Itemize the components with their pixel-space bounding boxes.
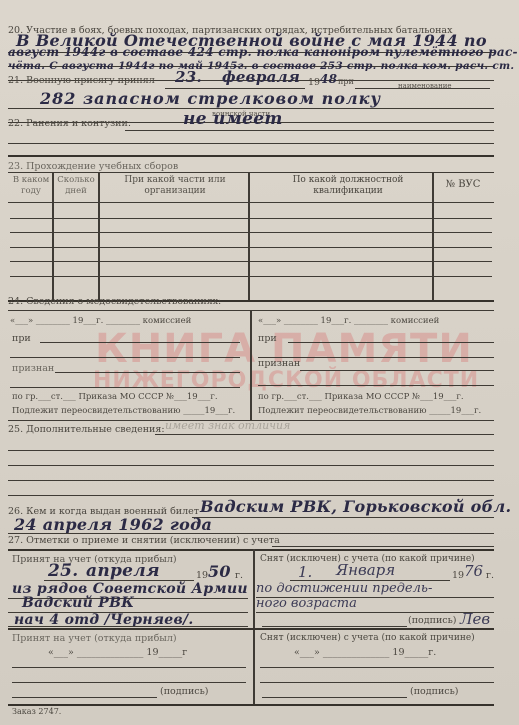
removed1-year-prefix: 19 [452,570,464,581]
military-id-issuer: Вадским РВК, Горьковской обл. [200,497,511,516]
underline [288,342,494,343]
removed2-label: Снят (исключен) с учета (по какой причин… [260,633,475,643]
med-right-date: «___» ________ 19___г. ________ комиссие… [258,316,439,326]
removed1-year-suffix: 76 [464,562,483,580]
accepted2-signature-caption: (подпись) [160,686,208,697]
removed1-reason-line1: по достижении предель- [256,581,432,596]
section23-label: 23. Прохождение учебных сборов [8,161,178,172]
accepted1-month: апреля [86,561,160,581]
underline [8,143,494,144]
oath-year-suffix: 48 [320,72,337,86]
section21-label: 21. Военную присягу принял [8,75,155,86]
underline [260,667,494,668]
med-left-at: при [12,333,31,344]
underline [40,342,240,343]
oath-in-label: при [338,77,354,86]
accepted1-year-prefix: 19 [196,570,208,581]
underline [260,682,494,683]
table-row [10,276,492,277]
underline [10,357,240,358]
underline [12,667,246,668]
col-header-vus: № ВУС [434,179,492,190]
underline [8,480,494,481]
table-row [10,247,492,248]
divider [8,704,494,706]
removed1-signature-caption: (подпись) [408,615,456,626]
col-header-days: Сколько дней [54,175,98,197]
med-right-reexam: Подлежит переосвидетельствованию _____19… [258,406,481,416]
underline [256,612,494,613]
additional-info-faint: имеет знак отличия [165,419,290,432]
removed1-month: Января [336,561,395,579]
table-row [10,232,492,233]
removed1-year-tail: г. [486,570,494,581]
accepted1-year-suffix: 50 [208,562,231,581]
underline [125,130,494,131]
table-row [10,218,492,219]
accepted1-day: 25. [48,561,78,581]
underline [272,546,494,547]
med-right-recognized: признан [258,358,300,369]
med-left-recognized: признан [12,363,54,374]
med-left-reexam: Подлежит переосвидетельствованию _____19… [12,406,235,416]
underline [8,465,494,466]
removed2-date-line: «___» ______________ 19_____г. [294,647,436,658]
col-header-unit: При какой части или организации [115,175,235,197]
section22-label: 22. Ранения и контузии: [8,118,131,129]
accepted2-date-line: «___» ______________ 19_____г [48,647,187,658]
removed1-reason-line2: ного возраста [256,596,357,611]
removed1-day: 1. [298,563,312,581]
table-row [10,261,492,262]
section25-label: 25. Дополнительные сведения: [8,424,165,435]
section20-line2: август 1944г в составе 424 стр. полка ка… [8,45,518,59]
divider [8,155,494,157]
section24-label: 24. Сведения о медосвидетельствованиях: [8,296,221,307]
accepted1-year-tail: г. [235,570,243,581]
wounds-value: не имеет [183,109,283,129]
underline [192,517,494,518]
underline [262,697,407,698]
col-header-year: В каком году [10,175,52,197]
med-left-order: по гр.___ст.___ Приказа МО СССР №___19__… [12,392,218,402]
removed1-signature: Лев [460,610,490,628]
divider [8,549,494,551]
col-header-qualification: По какой должностной квалификации [268,175,428,197]
divider [8,628,494,630]
oath-year-prefix: 19 [308,77,320,88]
oath-unit: 282 запасном стрелковом полку [40,89,381,108]
accepted1-from-line2: Вадский РВК [22,595,134,611]
col-divider [248,172,250,300]
col-divider [98,172,100,300]
oath-date-day: 23. [175,68,202,86]
table-header-bottom [8,202,494,203]
caption-name: наименование [398,82,452,90]
section27-label: 27. Отметки о приеме и снятии (исключени… [8,535,280,546]
col-divider [432,172,434,300]
center-divider [250,310,252,420]
underline [12,682,246,683]
center-divider [253,549,255,705]
underline [10,387,240,388]
underline [258,385,494,386]
med-right-at: при [258,333,277,344]
col-divider [52,172,54,300]
med-right-order: по гр.___ст.___ Приказа МО СССР №___19__… [258,392,464,402]
oath-date-month: февраля [222,68,300,86]
underline [8,450,494,451]
table-top [8,172,494,173]
order-number: Заказ 2747. [12,707,61,716]
removed2-signature-caption: (подпись) [410,686,458,697]
med-left-date: «___» ________ 19___г. ________ комиссие… [10,316,191,326]
military-id-date: 24 апреля 1962 года [14,515,212,534]
accepted2-label: Принят на учет (откуда прибыл) [12,633,177,644]
underline [12,697,157,698]
military-id-page: КНИГА ПАМЯТИ НИЖЕГОРОДСКОЙ ОБЛАСТИ 20. У… [0,0,519,725]
underline [55,372,240,373]
underline [155,434,494,435]
underline [300,370,494,371]
